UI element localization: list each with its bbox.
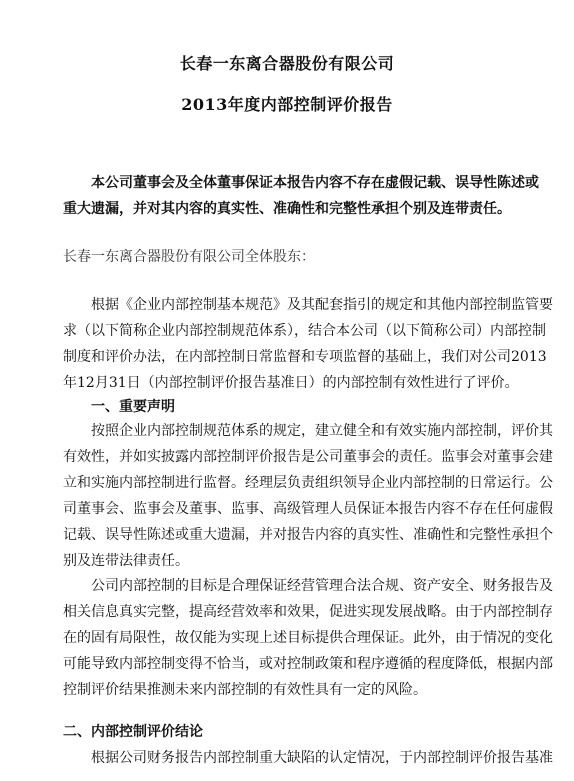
report-title: 2013年度内部控制评价报告 [0, 92, 574, 115]
salutation: 长春一东离合器股份有限公司全体股东： [63, 249, 509, 265]
section1-para1-line: 有效性，并如实披露内部控制评价报告是公司董事会的责任。监事会对董事会建 [63, 449, 509, 465]
intro-line: 年12月31日（内部控制评价报告基准日）的内部控制有效性进行了评价。 [63, 375, 509, 391]
intro-line: 求（以下简称企业内部控制规范体系），结合本公司（以下简称公司）内部控制 [63, 323, 509, 339]
section1-para1-line: 别及连带法律责任。 [63, 553, 509, 569]
board-statement-line: 重大遗漏，并对其内容的真实性、准确性和完整性承担个别及连带责任。 [63, 201, 509, 217]
section1-para2-line: 公司内部控制的目标是合理保证经营管理合法合规、资产安全、财务报告及 [91, 578, 509, 594]
section1-para2-line: 相关信息真实完整，提高经营效率和效果，促进实现发展战略。由于内部控制存 [63, 604, 509, 620]
intro-line: 制度和评价办法，在内部控制日常监督和专项监督的基础上，我们对公司2013 [63, 349, 509, 365]
section-heading-2: 二、内部控制评价结论 [63, 724, 509, 740]
section1-para1-line: 记载、误导性陈述或重大遗漏，并对报告内容的真实性、准确性和完整性承担个 [63, 527, 509, 543]
document-page: 长春一东离合器股份有限公司 2013年度内部控制评价报告 本公司董事会及全体董事… [0, 0, 574, 781]
section1-para2-line: 在的固有局限性，故仅能为实现上述目标提供合理保证。此外，由于情况的变化 [63, 630, 509, 646]
company-title: 长春一东离合器股份有限公司 [0, 51, 574, 74]
section1-para2-line: 可能导致内部控制变得不恰当，或对控制政策和程序遵循的程度降低，根据内部 [63, 656, 509, 672]
section2-para1-line: 根据公司财务报告内部控制重大缺陷的认定情况，于内部控制评价报告基准 [91, 750, 509, 766]
section1-para2-line: 控制评价结果推测未来内部控制的有效性具有一定的风险。 [63, 682, 509, 698]
section1-para1-line: 按照企业内部控制规范体系的规定，建立健全和有效实施内部控制，评价其 [91, 423, 509, 439]
section1-para1-line: 司董事会、监事会及董事、监事、高级管理人员保证本报告内容不存在任何虚假 [63, 501, 509, 517]
section-heading-1: 一、重要声明 [91, 399, 509, 415]
board-statement-line: 本公司董事会及全体董事保证本报告内容不存在虚假记载、误导性陈述或 [91, 175, 509, 191]
section1-para1-line: 立和实施内部控制进行监督。经理层负责组织领导企业内部控制的日常运行。公 [63, 475, 509, 491]
intro-line: 根据《企业内部控制基本规范》及其配套指引的规定和其他内部控制监管要 [91, 297, 509, 313]
